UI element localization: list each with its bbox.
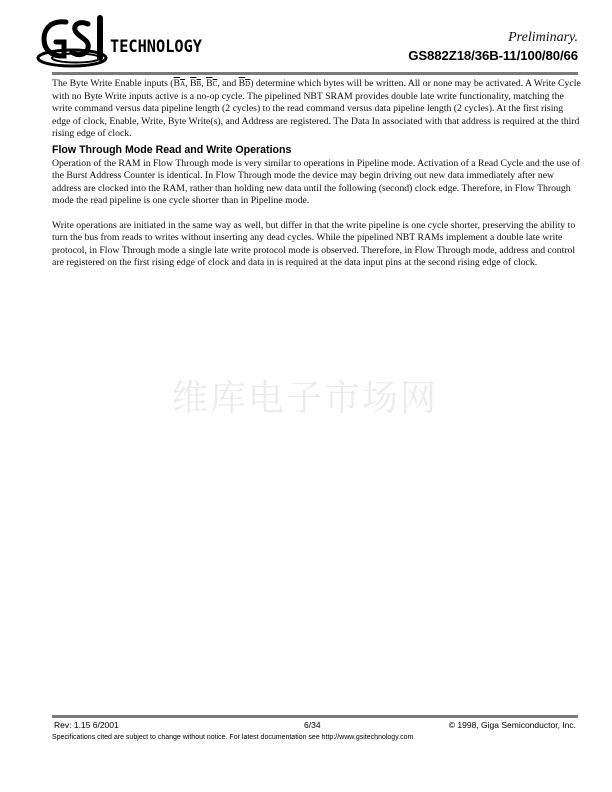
signal-bd: BD xyxy=(239,78,251,89)
copyright: © 1998, Giga Semiconductor, Inc. xyxy=(449,720,576,730)
section-heading: Flow Through Mode Read and Write Operati… xyxy=(52,144,582,157)
signal-bb: BB xyxy=(190,78,201,89)
page-number: 6/34 xyxy=(304,720,321,730)
footer-info-row: Rev: 1.15 6/2001 6/34 © 1998, Giga Semic… xyxy=(52,720,578,730)
signal-bc: BC xyxy=(206,78,217,89)
text-run: The Byte Write Enable inputs ( xyxy=(52,78,174,89)
header-title-block: Preliminary. GS882Z18/36B-11/100/80/66 xyxy=(408,30,578,64)
signal-ba: BA xyxy=(174,78,186,89)
revision-label: Rev: 1.15 6/2001 xyxy=(54,720,119,730)
footer-notice: Specifications cited are subject to chan… xyxy=(52,733,578,742)
document-body: The Byte Write Enable inputs (BA, BB, BC… xyxy=(52,78,582,270)
logo-icon: TECHNOLOGY xyxy=(30,12,220,70)
notice-text: Specifications cited are subject to chan… xyxy=(52,734,413,741)
header-divider xyxy=(52,72,578,75)
part-number: GS882Z18/36B-11/100/80/66 xyxy=(408,48,578,64)
svg-text:TECHNOLOGY: TECHNOLOGY xyxy=(110,37,203,57)
footer-divider xyxy=(52,715,578,718)
datasheet-page: TECHNOLOGY Preliminary. GS882Z18/36B-11/… xyxy=(0,0,612,792)
watermark: 维库电子市场网 xyxy=(172,370,438,421)
gsi-technology-logo: TECHNOLOGY xyxy=(30,12,220,70)
text-run: , and xyxy=(217,78,238,89)
paragraph-flow-through-write: Write operations are initiated in the sa… xyxy=(52,220,582,270)
document-status: Preliminary. xyxy=(408,30,578,46)
paragraph-flow-through-read: Operation of the RAM in Flow Through mod… xyxy=(52,158,582,208)
paragraph-byte-write: The Byte Write Enable inputs (BA, BB, BC… xyxy=(52,78,582,141)
